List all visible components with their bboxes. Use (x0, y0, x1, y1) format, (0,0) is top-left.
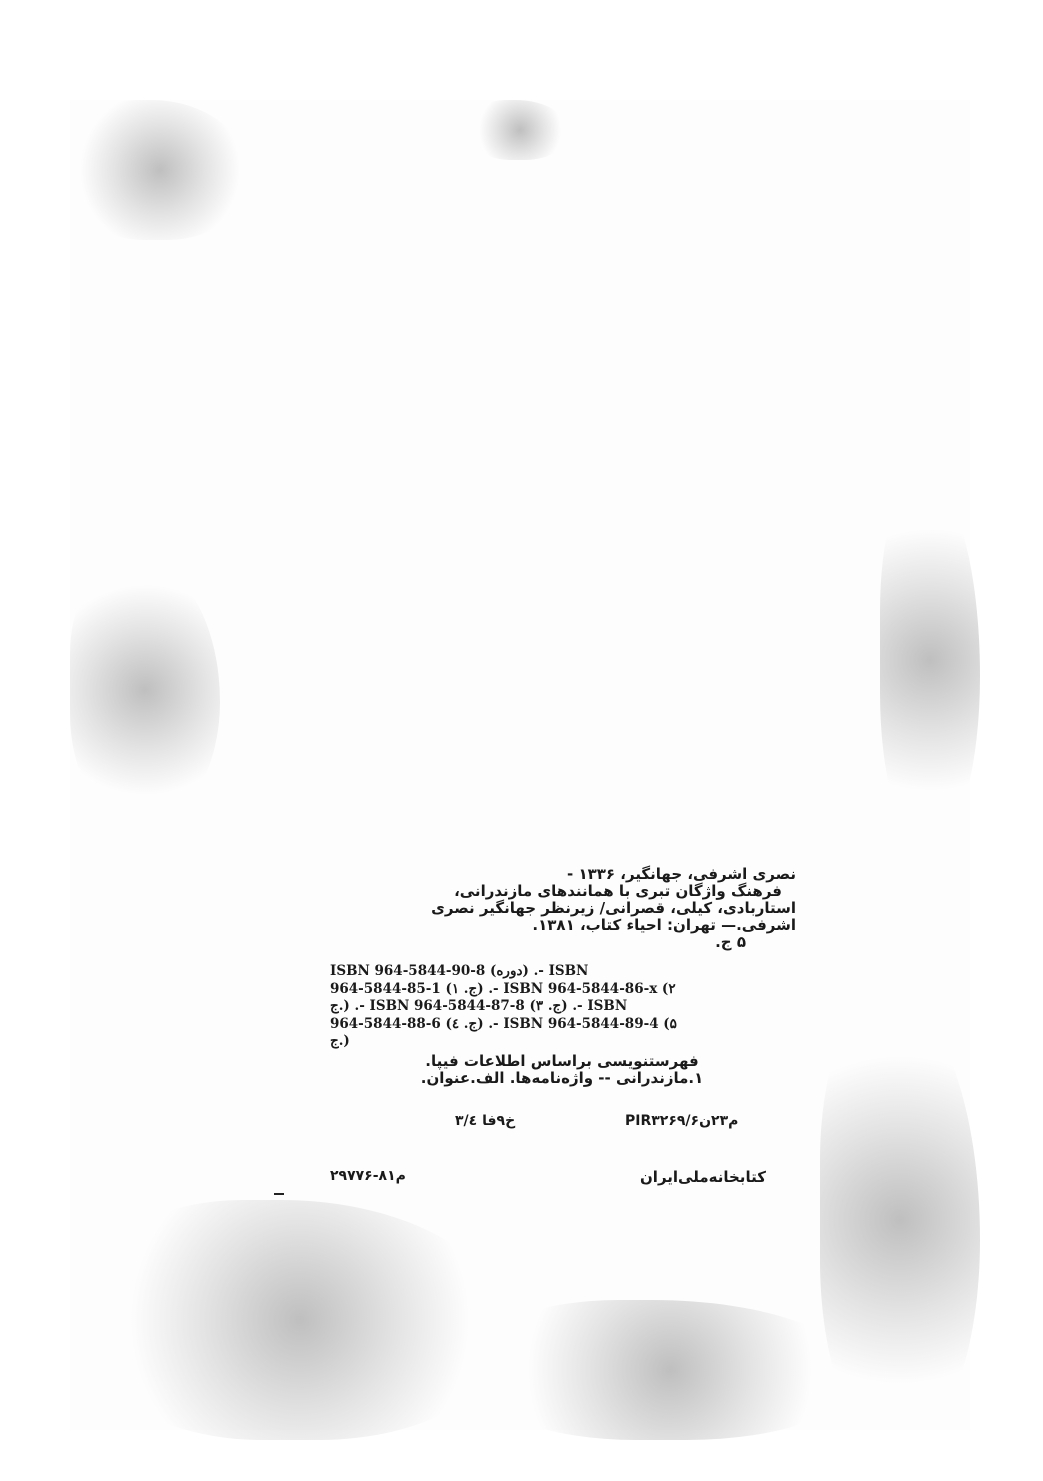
isbn-line: ج.) (330, 1033, 790, 1051)
catalog-line: ۵ ج. (328, 934, 796, 951)
catalog-notes: فهرستنویسی براساس اطلاعات فیپا. ۱.مازندر… (328, 1053, 796, 1087)
catalog-line: نصری اشرفی، جهانگیر، ۱۳۳۶ - (328, 866, 796, 883)
catalog-line: استاربادی، کیلی، قصرانی/ زیرنظر جهانگیر … (328, 900, 796, 917)
catalog-line: اشرفی.— تهران: احیاء کتاب، ۱۳۸۱. (328, 917, 796, 934)
isbn-line: ج.) .- ISBN 964-5844-87-8 (ج. ۳) .- ISBN (330, 998, 790, 1016)
isbn-block: ISBN 964-5844-90-8 (دوره) .- ISBN 964-58… (330, 963, 790, 1051)
isbn-line: 964-5844-85-1 (ج. ۱) .- ISBN 964-5844-86… (330, 981, 790, 999)
library-number: م۸۱-۲۹۷۷۶ (330, 1168, 406, 1184)
catalog-entry: نصری اشرفی، جهانگیر، ۱۳۳۶ - فرهنگ واژگان… (328, 866, 796, 951)
dewey-call-number: ۳/خ۹فا ٤ (455, 1113, 515, 1129)
library-name: کتابخانه‌ملی‌ایران (640, 1168, 766, 1186)
lc-call-number: PIR۳۲۶۹/م۲۳ن۶ (625, 1113, 738, 1129)
note-line: فهرستنویسی براساس اطلاعات فیپا. (328, 1053, 796, 1070)
isbn-line: ISBN 964-5844-90-8 (دوره) .- ISBN (330, 963, 790, 981)
isbn-line: 964-5844-88-6 (ج. ٤) .- ISBN 964-5844-89… (330, 1016, 790, 1034)
note-line: ۱.مازندرانی -- واژه‌نامه‌ها. الف.عنوان. (328, 1070, 796, 1087)
dash-mark (274, 1193, 284, 1195)
catalog-line: فرهنگ واژگان تبری با همانندهای مازندرانی… (328, 883, 796, 900)
